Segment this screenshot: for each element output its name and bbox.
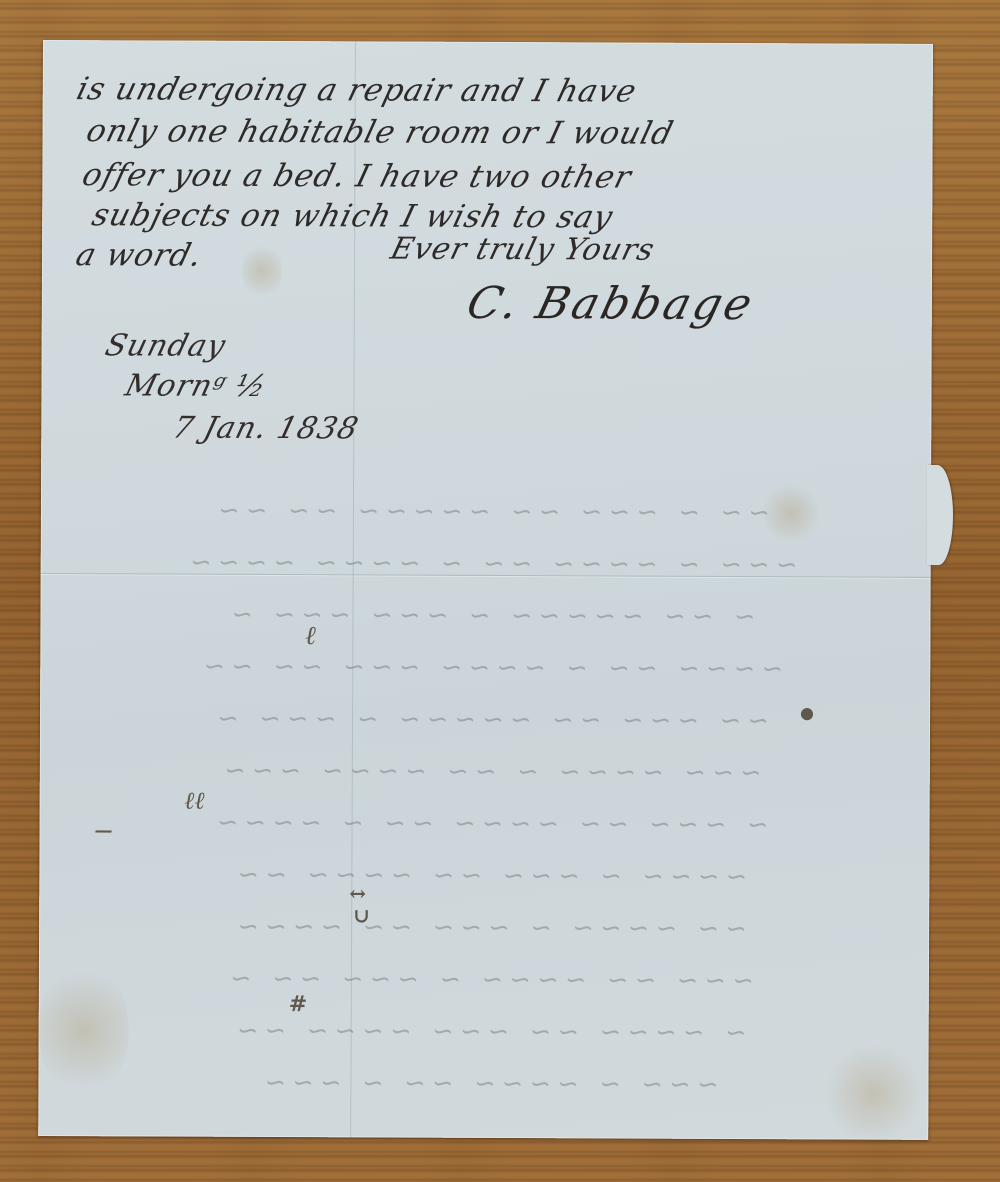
letter-closing: Ever truly Yours: [387, 232, 658, 268]
bleed-through-line: ~~ ~ ~~~ ~~ ~~~~~ ~~ ~~: [57, 495, 925, 529]
bleed-through-line: ~~~ ~~~~ ~ ~~ ~~~~ ~~~: [56, 755, 924, 789]
bleed-through-line: ~~~ ~~ ~~~~ ~ ~~~ ~~ ~: [55, 963, 923, 997]
ink-blot: #: [289, 991, 308, 1017]
bleed-through-line: ~~ ~~~~ ~ ~~~ ~~ ~~~~: [55, 911, 923, 945]
letter-line-4: subjects on which I wish to say: [88, 196, 617, 236]
dateline-time: Mornᵍ ½: [121, 368, 270, 404]
ink-blot: ↔: [349, 881, 366, 905]
bleed-through-line: ~~~~ ~ ~~~ ~~ ~~~~ ~~: [56, 859, 924, 893]
bleed-through-line: ~ ~~~~ ~~ ~~~ ~~~~ ~~: [55, 1015, 923, 1049]
ink-blot: ∪: [353, 903, 370, 927]
letter-line-1: is undergoing a repair and I have: [73, 70, 641, 110]
bleed-through-line: ~~~ ~ ~~~~ ~~ ~ ~~~~ ~~~~: [57, 547, 925, 581]
ink-blot: ℓℓ: [185, 786, 206, 816]
bleed-through-line: ~~ ~~~ ~~ ~~~~~ ~ ~~~ ~: [56, 703, 924, 737]
signature: C. Babbage: [462, 278, 760, 330]
letter-line-2: only one habitable room or I would: [83, 112, 678, 153]
ink-blot: —: [95, 820, 113, 841]
dateline-day: Sunday: [102, 328, 230, 363]
ink-blot: ●: [800, 703, 814, 722]
letter-line-3: offer you a bed. I have two other: [78, 156, 635, 196]
bleed-through-line: ~~~ ~ ~~~~ ~~ ~ ~~~: [55, 1067, 923, 1101]
dateline-date: 7 Jan. 1838: [169, 411, 362, 447]
letter-line-5: a word.: [72, 236, 207, 275]
bleed-through-line: ~~~~ ~~ ~ ~~~~ ~~~ ~~ ~~: [56, 651, 924, 685]
ink-blot: ℓ: [305, 621, 316, 651]
letter-sheet: is undergoing a repair and I have only o…: [38, 40, 933, 1140]
foxing-stain-upper: [242, 241, 282, 301]
bleed-through-line: ~ ~~ ~~~~~ ~ ~~~ ~~~ ~: [57, 599, 925, 633]
